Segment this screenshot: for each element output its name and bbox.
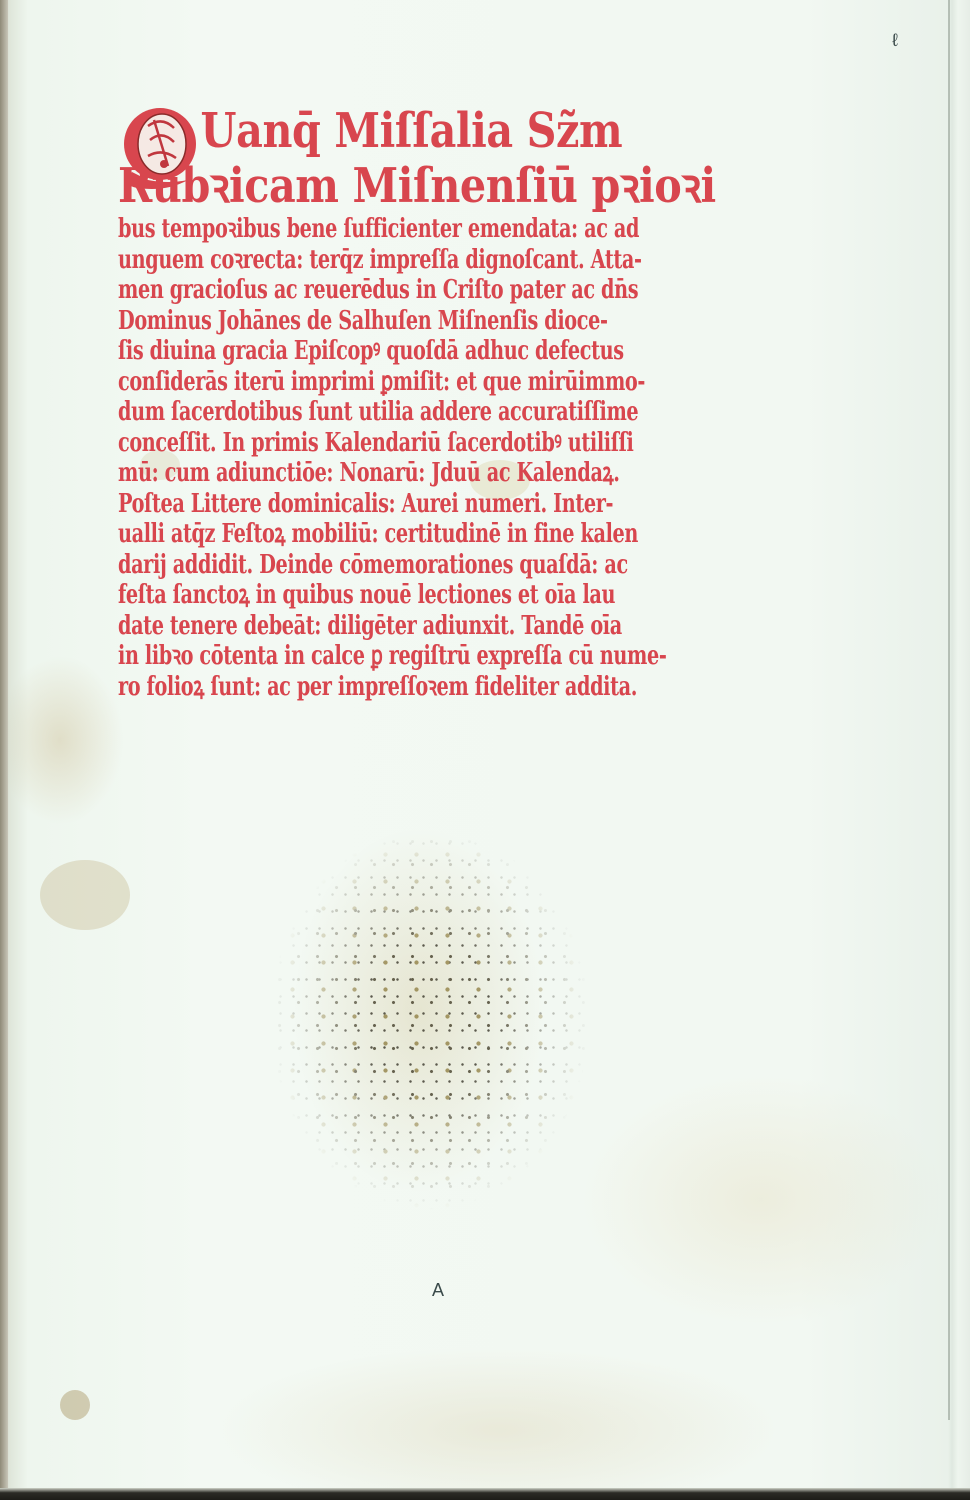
margin-mark-top-right: ℓ	[892, 30, 898, 51]
body-line-5: ſis diuina gracia Epiſcopꝰ quoſdā adhuc …	[118, 336, 562, 367]
spine-shadow	[0, 0, 8, 1500]
body-line-7: dum ſacerdotibus ſunt utilia addere accu…	[118, 397, 562, 428]
foxing-stain	[60, 1390, 90, 1420]
body-line-15: in libꝛo cōtenta in calce ꝑ regiſtrū exp…	[118, 641, 562, 672]
body-line-4: Dominus Johānes de Salhuſen Miſnenſis di…	[118, 306, 562, 337]
printed-text-block: Uanq̄ Miſſalia Sz̃m Rubꝛicam Miſnenſiū p…	[118, 104, 718, 702]
pencil-mark-bottom: A	[432, 1280, 444, 1301]
body-line-10: Poſtea Littere dominicalis: Aurei numeri…	[118, 489, 562, 520]
body-line-9: mū: cum adiunctiōe: Nonarū: Jduū ac Kale…	[118, 458, 562, 489]
body-line-8: conceſſit. In primis Kalendariū ſacerdot…	[118, 428, 562, 459]
body-line-11: ualli atq̄z Feſtoꝝ mobiliū: certitudinē …	[118, 519, 562, 550]
body-line-1: bus tempoꝛibus bene ſufficienter emendat…	[118, 214, 562, 245]
body-line-14: date tenere debeāt: diligēter adiunxit. …	[118, 611, 562, 642]
page-bottom-edge	[0, 1488, 970, 1500]
mold-spots	[270, 830, 590, 1210]
foxing-stain	[40, 860, 130, 930]
parchment-page: Uanq̄ Miſſalia Sz̃m Rubꝛicam Miſnenſiū p…	[0, 0, 970, 1500]
heading-line-2: Rubꝛicam Miſnenſiū pꝛioꝛi	[118, 159, 634, 214]
body-line-13: feſta ſanctoꝝ in quibus nouē lectiones e…	[118, 580, 562, 611]
page-fold-line	[948, 0, 950, 1420]
body-line-3: men gracioſus ac reuerēdus in Criſto pat…	[118, 275, 562, 306]
body-line-2: unguem coꝛrecta: terq̄z impreſſa dignoſc…	[118, 245, 562, 276]
body-line-12: darij addidit. Deinde cōmemorationes qua…	[118, 550, 562, 581]
heading-line-1: Uanq̄ Miſſalia Sz̃m	[118, 104, 634, 159]
body-line-6: conſiderās iterū imprimi ꝑmiſit: et que …	[118, 367, 562, 398]
body-line-16: ro folioꝝ ſunt: ac per impreſſoꝛem fidel…	[118, 672, 562, 703]
